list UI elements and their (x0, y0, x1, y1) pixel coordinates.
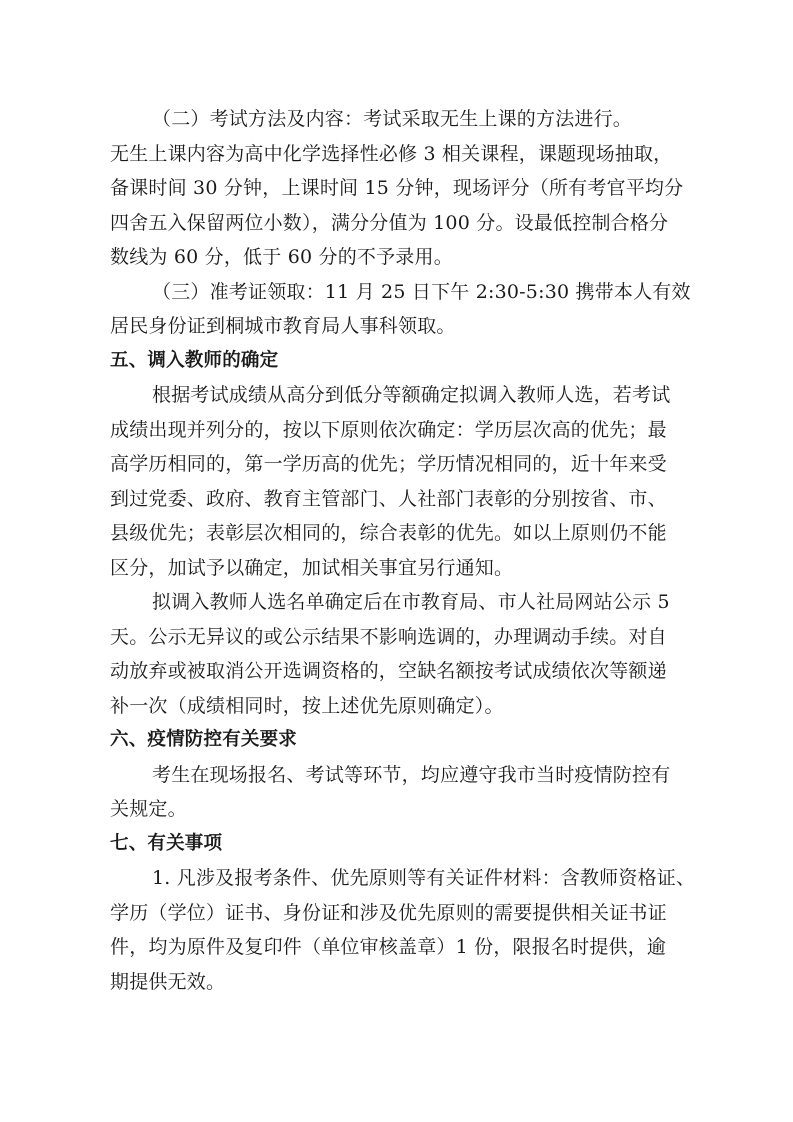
text-line: 区分，加试予以确定，加试相关事宜另行通知。 (110, 551, 690, 586)
text-line: 数线为 60 分，低于 60 分的不予录用。 (110, 240, 690, 275)
section-heading-5: 五、调入教师的确定 (110, 344, 690, 379)
text-line: 件，均为原件及复印件（单位审核盖章）1 份，限报名时提供，逾 (110, 930, 690, 965)
text-line: 拟调入教师人选名单确定后在市教育局、市人社局网站公示 5 (110, 585, 690, 620)
text-line: 1. 凡涉及报考条件、优先原则等有关证件材料：含教师资格证、 (110, 861, 690, 896)
text-line: 根据考试成绩从高分到低分等额确定拟调入教师人选，若考试 (110, 378, 690, 413)
text-line: 备课时间 30 分钟，上课时间 15 分钟，现场评分（所有考官平均分 (110, 171, 690, 206)
text-line: 关规定。 (110, 792, 690, 827)
text-line: 期提供无效。 (110, 965, 690, 1000)
text-line: 到过党委、政府、教育主管部门、人社部门表彰的分别按省、市、 (110, 482, 690, 517)
document-page: （二）考试方法及内容：考试采取无生上课的方法进行。 无生上课内容为高中化学选择性… (110, 102, 690, 999)
text-line: 县级优先；表彰层次相同的，综合表彰的优先。如以上原则仍不能 (110, 516, 690, 551)
text-line: （二）考试方法及内容：考试采取无生上课的方法进行。 (110, 102, 690, 137)
text-line: 四舍五入保留两位小数），满分分值为 100 分。设最低控制合格分 (110, 206, 690, 241)
text-line: 动放弃或被取消公开选调资格的，空缺名额按考试成绩依次等额递 (110, 654, 690, 689)
text-line: 天。公示无异议的或公示结果不影响选调的，办理调动手续。对自 (110, 620, 690, 655)
text-line: 补一次（成绩相同时，按上述优先原则确定）。 (110, 689, 690, 724)
text-line: 高学历相同的，第一学历高的优先；学历情况相同的，近十年来受 (110, 447, 690, 482)
text-line: 成绩出现并列分的，按以下原则依次确定：学历层次高的优先；最 (110, 413, 690, 448)
section-heading-7: 七、有关事项 (110, 827, 690, 862)
text-line: （三）准考证领取：11 月 25 日下午 2:30-5:30 携带本人有效 (110, 275, 690, 310)
text-line: 学历（学位）证书、身份证和涉及优先原则的需要提供相关证书证 (110, 896, 690, 931)
text-line: 无生上课内容为高中化学选择性必修 3 相关课程，课题现场抽取， (110, 137, 690, 172)
text-line: 考生在现场报名、考试等环节，均应遵守我市当时疫情防控有 (110, 758, 690, 793)
section-heading-6: 六、疫情防控有关要求 (110, 723, 690, 758)
text-line: 居民身份证到桐城市教育局人事科领取。 (110, 309, 690, 344)
